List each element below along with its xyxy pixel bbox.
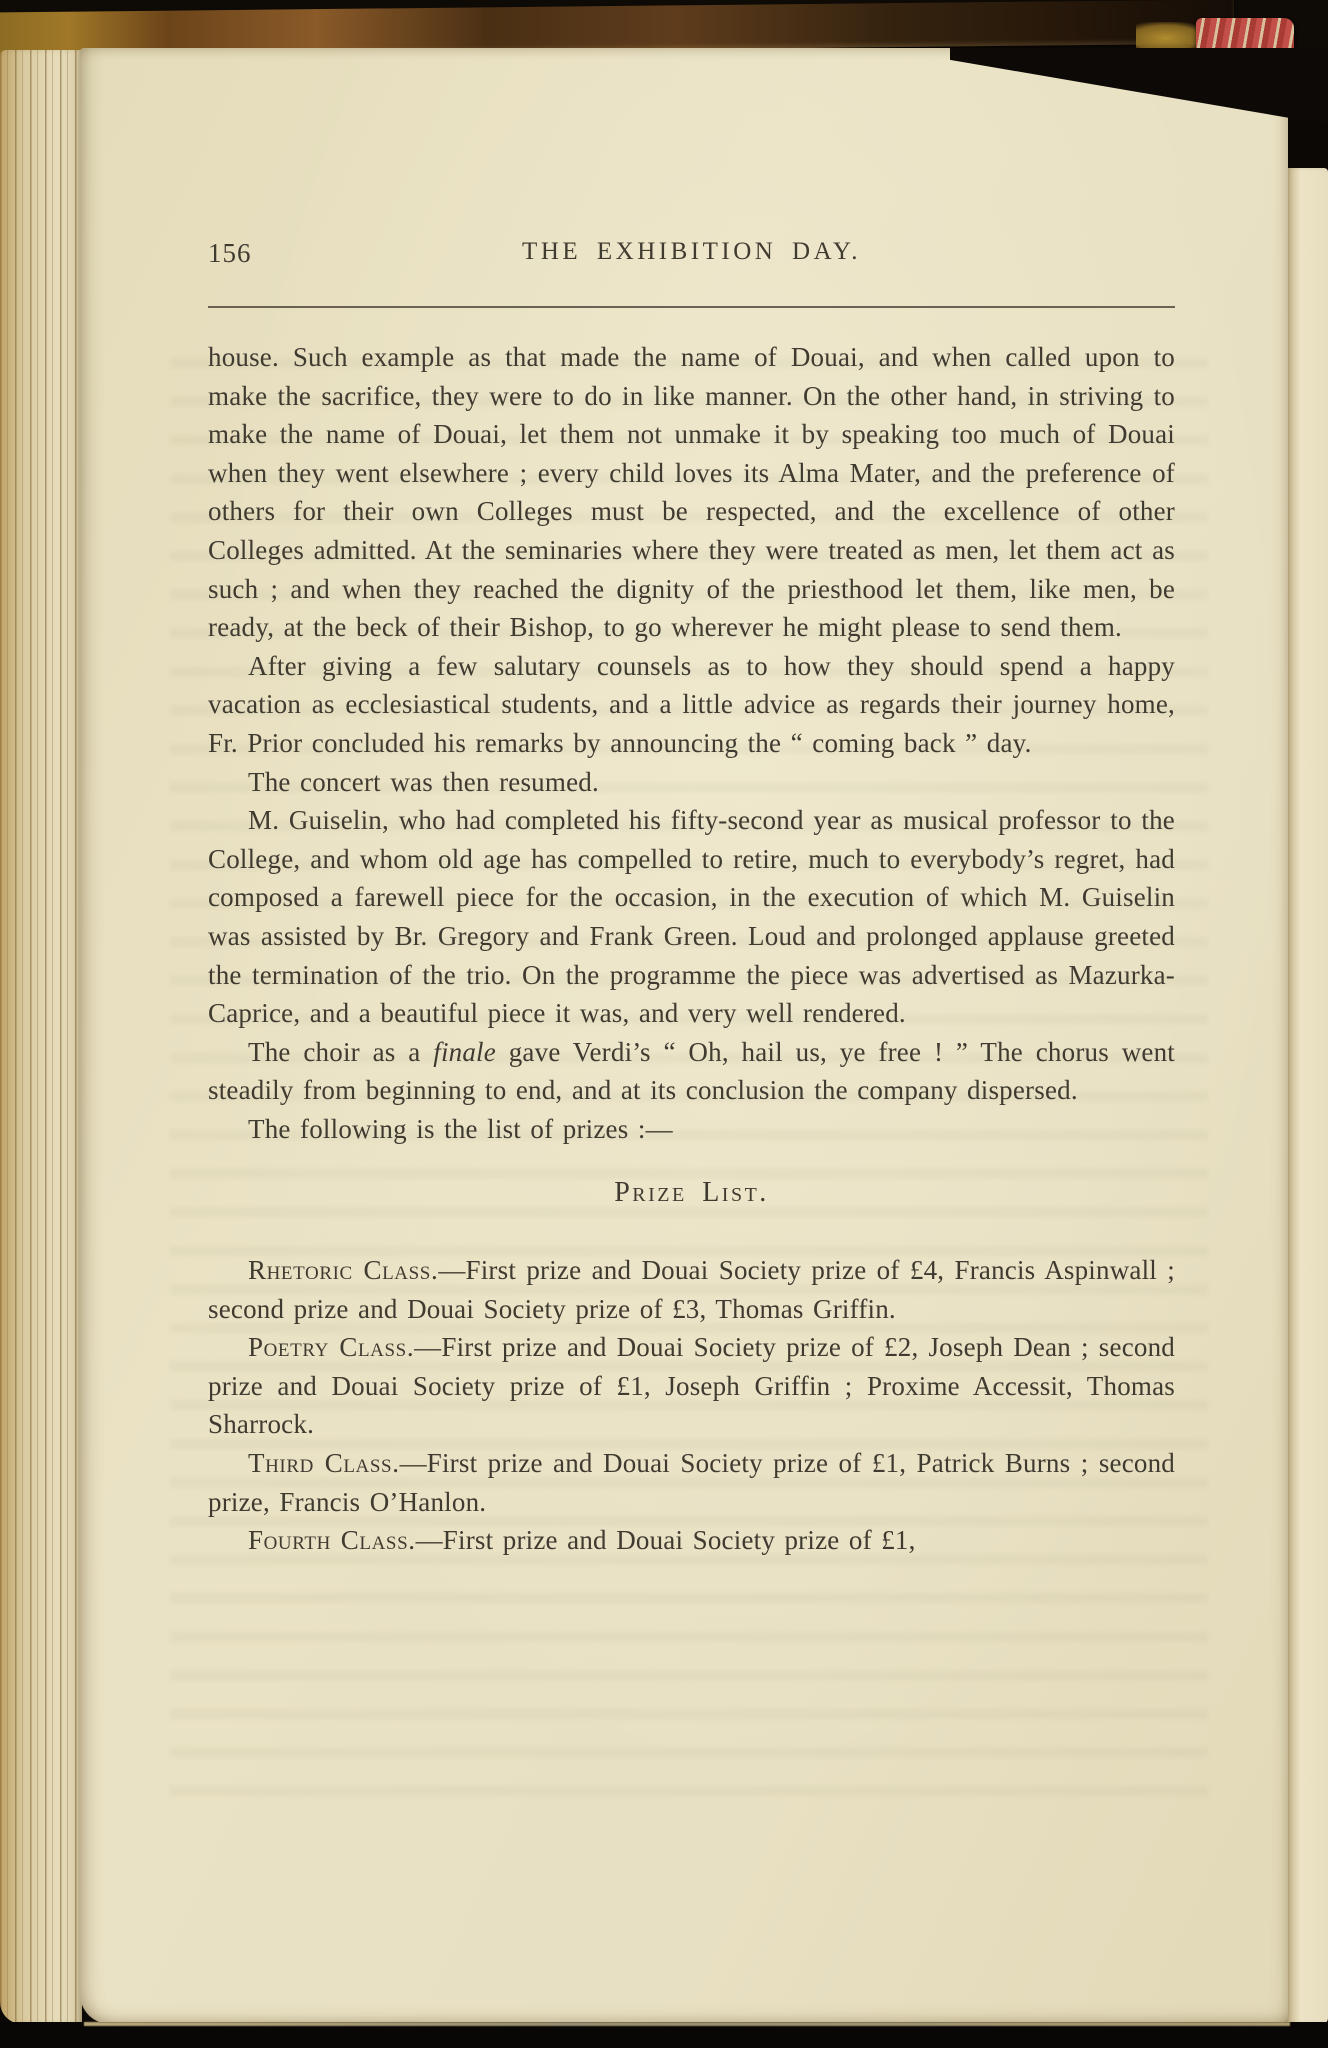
prize-item: Third Class.—First prize and Douai Socie… xyxy=(208,1444,1175,1521)
prize-class-label: Fourth Class. xyxy=(248,1525,416,1555)
right-page-edge xyxy=(1286,168,1328,2024)
body-paragraph: house. Such example as that made the nam… xyxy=(208,338,1175,647)
book-page: 156 THE EXHIBITION DAY. house. Such exam… xyxy=(80,48,1288,2024)
prize-item: Fourth Class.—First prize and Douai Soci… xyxy=(208,1521,1175,1560)
prize-item: Rhetoric Class.—First prize and Douai So… xyxy=(208,1251,1175,1328)
page-content: 156 THE EXHIBITION DAY. house. Such exam… xyxy=(80,48,1288,1560)
prize-item-text: —First prize and Douai Society prize of … xyxy=(416,1525,916,1555)
header-rule xyxy=(208,306,1175,308)
body-paragraph: M. Guiselin, who had completed his fifty… xyxy=(208,801,1175,1033)
page-number: 156 xyxy=(208,238,252,269)
body-paragraph: The choir as a finale gave Verdi’s “ Oh,… xyxy=(208,1033,1175,1110)
body-paragraphs: house. Such example as that made the nam… xyxy=(208,338,1175,1148)
prize-class-label: Rhetoric Class. xyxy=(248,1255,438,1285)
paragraph-text: M. Guiselin, who had completed his fifty… xyxy=(208,805,1175,1028)
paragraph-text: The following is the list of prizes :— xyxy=(248,1114,673,1144)
body-paragraph: The concert was then resumed. xyxy=(208,763,1175,802)
running-title: THE EXHIBITION DAY. xyxy=(208,238,1175,266)
prize-class-label: Poetry Class. xyxy=(248,1332,414,1362)
prize-class-label: Third Class. xyxy=(248,1448,400,1478)
prize-item: Poetry Class.—First prize and Douai Soci… xyxy=(208,1328,1175,1444)
paragraph-text: house. Such example as that made the nam… xyxy=(208,342,1175,642)
left-page-edges xyxy=(0,50,82,2024)
prize-list: Rhetoric Class.—First prize and Douai So… xyxy=(208,1251,1175,1560)
paragraph-text: After giving a few salutary counsels as … xyxy=(208,651,1175,758)
page-bottom-edge xyxy=(84,2022,1290,2026)
body-paragraph: The following is the list of prizes :— xyxy=(208,1110,1175,1149)
paragraph-text: The choir as a xyxy=(248,1037,433,1067)
paragraph-text: The concert was then resumed. xyxy=(248,767,599,797)
italic-text: finale xyxy=(433,1037,496,1067)
prize-list-heading: Prize List. xyxy=(208,1174,1175,1213)
body-text: house. Such example as that made the nam… xyxy=(208,338,1175,1560)
page-header: 156 THE EXHIBITION DAY. xyxy=(208,238,1175,278)
body-paragraph: After giving a few salutary counsels as … xyxy=(208,647,1175,763)
